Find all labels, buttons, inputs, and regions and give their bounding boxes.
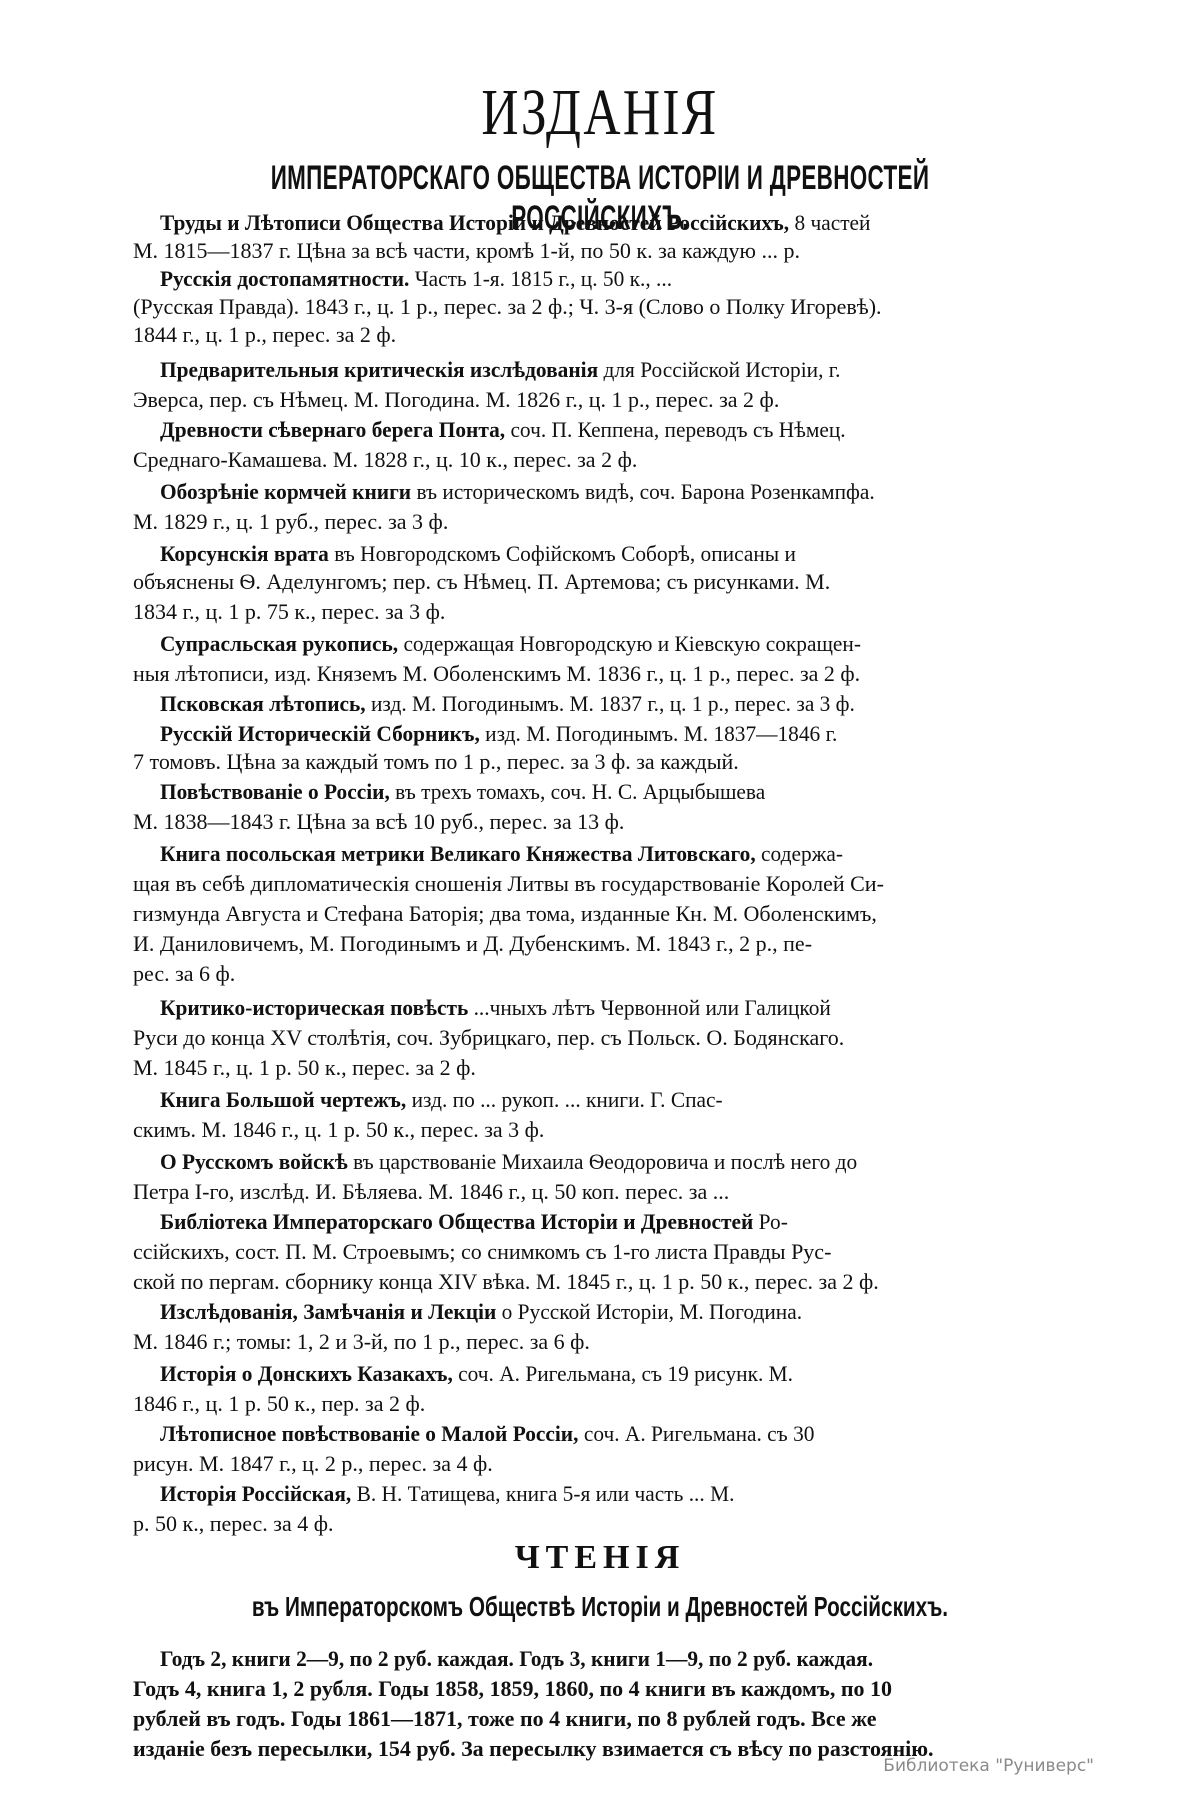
entry-line: Псковская лѣтопись, изд. М. Погодинымъ. … bbox=[160, 689, 1080, 719]
entry-line: М. 1829 г., ц. 1 руб., перес. за 3 ф. bbox=[133, 507, 1080, 537]
entry-line: гизмунда Августа и Стефана Баторія; два … bbox=[133, 899, 1080, 929]
entry-line: Эверса, пер. съ Нѣмец. М. Погодина. М. 1… bbox=[133, 385, 1080, 415]
entry-line: Русскій Историческій Сборникъ, изд. М. П… bbox=[160, 719, 1080, 749]
entry-title: Критико-историческая повѣсть bbox=[160, 995, 468, 1020]
entry-line: Руси до конца XV столѣтія, соч. Зубрицка… bbox=[133, 1023, 1080, 1053]
entry-line: щая въ себѣ дипломатическія сношенія Лит… bbox=[133, 869, 1080, 899]
entry-line: р. 50 к., перес. за 4 ф. bbox=[133, 1509, 1080, 1539]
entry-line: ссійскихъ, сост. П. М. Строевымъ; со сни… bbox=[133, 1237, 1080, 1267]
library-watermark: Библиотека "Руниверс" bbox=[883, 1756, 1094, 1776]
entry-line: Книга посольская метрики Великаго Княжес… bbox=[160, 839, 1080, 869]
document-page: ИЗДАНІЯ ИМПЕРАТОРСКАГО ОБЩЕСТВА ИСТОРІИ … bbox=[0, 0, 1200, 1820]
entry-line: И. Даниловичемъ, М. Погодинымъ и Д. Дубе… bbox=[133, 929, 1080, 959]
entry-title: Псковская лѣтопись, bbox=[160, 691, 366, 716]
entry-line: Петра I-го, изслѣд. И. Бѣляева. М. 1846 … bbox=[133, 1177, 1080, 1207]
entry-line: М. 1838—1843 г. Цѣна за всѣ 10 руб., пер… bbox=[133, 807, 1080, 837]
section-line: Годъ 4, книга 1, 2 рубля. Годы 1858, 185… bbox=[133, 1674, 1080, 1704]
entry-title: Русскій Историческій Сборникъ, bbox=[160, 721, 480, 746]
page-title: ИЗДАНІЯ bbox=[132, 78, 1068, 148]
entry-line: объяснены Ѳ. Аделунгомъ; пер. съ Нѣмец. … bbox=[133, 567, 1080, 597]
entry-title: Корсунскія врата bbox=[160, 541, 329, 566]
entry-line: Библіотека Императорскаго Общества Истор… bbox=[160, 1207, 1080, 1237]
entry-line: (Русская Правда). 1843 г., ц. 1 р., пере… bbox=[133, 292, 1080, 322]
entry-line: Среднаго-Камашева. М. 1828 г., ц. 10 к.,… bbox=[133, 445, 1080, 475]
entry-line: скимъ. М. 1846 г., ц. 1 р. 50 к., перес.… bbox=[133, 1115, 1080, 1145]
entry-title: Изслѣдованія, Замѣчанія и Лекціи bbox=[160, 1299, 496, 1324]
entry-title: Русскія достопамятности. bbox=[160, 266, 409, 291]
entry-line: Исторія Россійская, В. Н. Татищева, книг… bbox=[160, 1479, 1080, 1509]
entry-line: Изслѣдованія, Замѣчанія и Лекціи о Русск… bbox=[160, 1297, 1080, 1327]
section-line: рублей въ годъ. Годы 1861—1871, тоже по … bbox=[133, 1704, 1080, 1734]
entry-line: 1846 г., ц. 1 р. 50 к., пер. за 2 ф. bbox=[133, 1389, 1080, 1419]
entry-line: Древности сѣвернаго берега Понта, соч. П… bbox=[160, 415, 1080, 445]
entry-title: Супрасльская рукопись, bbox=[160, 631, 398, 656]
entry-line: ныя лѣтописи, изд. Княземъ М. Оболенским… bbox=[133, 659, 1080, 689]
entry-title: Труды и Лѣтописи Общества Исторіи и Древ… bbox=[160, 210, 789, 235]
entry-title: Книга Большой чертежъ, bbox=[160, 1087, 406, 1112]
entry-line: Корсунскія врата въ Новгородскомъ Софійс… bbox=[160, 539, 1080, 569]
entry-line: 1834 г., ц. 1 р. 75 к., перес. за 3 ф. bbox=[133, 597, 1080, 627]
entry-title: Исторія о Донскихъ Казакахъ, bbox=[160, 1361, 453, 1386]
entry-title: Лѣтописное повѣствованіе о Малой Россіи, bbox=[160, 1421, 578, 1446]
entry-line: Супрасльская рукопись, содержащая Новгор… bbox=[160, 629, 1080, 659]
entry-line: Критико-историческая повѣсть ...чныхъ лѣ… bbox=[160, 993, 1080, 1023]
entry-line: Повѣствованіе о Россіи, въ трехъ томахъ,… bbox=[160, 777, 1080, 807]
section-title: ЧТЕНІЯ bbox=[0, 1538, 1200, 1578]
entry-line: М. 1845 г., ц. 1 р. 50 к., перес. за 2 ф… bbox=[133, 1053, 1080, 1083]
entry-line: Русскія достопамятности. Часть 1-я. 1815… bbox=[160, 264, 1080, 294]
entry-line: О Русскомъ войскѣ въ царствованіе Михаил… bbox=[160, 1147, 1080, 1177]
entry-line: 1844 г., ц. 1 р., перес. за 2 ф. bbox=[133, 320, 1080, 350]
entry-title: Предварительныя критическія изслѣдованія bbox=[160, 357, 598, 382]
entry-title: Обозрѣніе кормчей книги bbox=[160, 479, 411, 504]
entry-title: Древности сѣвернаго берега Понта, bbox=[160, 417, 505, 442]
entry-title: Книга посольская метрики Великаго Княжес… bbox=[160, 841, 756, 866]
entry-line: Книга Большой чертежъ, изд. по ... рукоп… bbox=[160, 1085, 1080, 1115]
entry-line: М. 1846 г.; томы: 1, 2 и 3-й, по 1 р., п… bbox=[133, 1327, 1080, 1357]
entry-title: О Русскомъ войскѣ bbox=[160, 1149, 348, 1174]
entry-line: Исторія о Донскихъ Казакахъ, соч. А. Риг… bbox=[160, 1359, 1080, 1389]
entry-line: 7 томовъ. Цѣна за каждый томъ по 1 р., п… bbox=[133, 747, 1080, 777]
entry-line: Лѣтописное повѣствованіе о Малой Россіи,… bbox=[160, 1419, 1080, 1449]
section-subtitle: въ Императорскомъ Обществѣ Исторіи и Дре… bbox=[156, 1590, 1044, 1624]
entry-line: рес. за 6 ф. bbox=[133, 959, 1080, 989]
entry-line: ской по пергам. сборнику конца XIV вѣка.… bbox=[133, 1267, 1080, 1297]
entry-title: Исторія Россійская, bbox=[160, 1481, 351, 1506]
entry-line: Предварительныя критическія изслѣдованія… bbox=[160, 355, 1080, 385]
entry-title: Библіотека Императорскаго Общества Истор… bbox=[160, 1209, 753, 1234]
entry-title: Повѣствованіе о Россіи, bbox=[160, 779, 390, 804]
entry-line: рисун. М. 1847 г., ц. 2 р., перес. за 4 … bbox=[133, 1449, 1080, 1479]
entry-line: М. 1815—1837 г. Цѣна за всѣ части, кромѣ… bbox=[133, 236, 1080, 266]
entry-line: Труды и Лѣтописи Общества Исторіи и Древ… bbox=[160, 208, 1080, 238]
entry-line: Обозрѣніе кормчей книги въ историческомъ… bbox=[160, 477, 1080, 507]
section-line: Годъ 2, книги 2—9, по 2 руб. каждая. Год… bbox=[160, 1644, 1080, 1674]
